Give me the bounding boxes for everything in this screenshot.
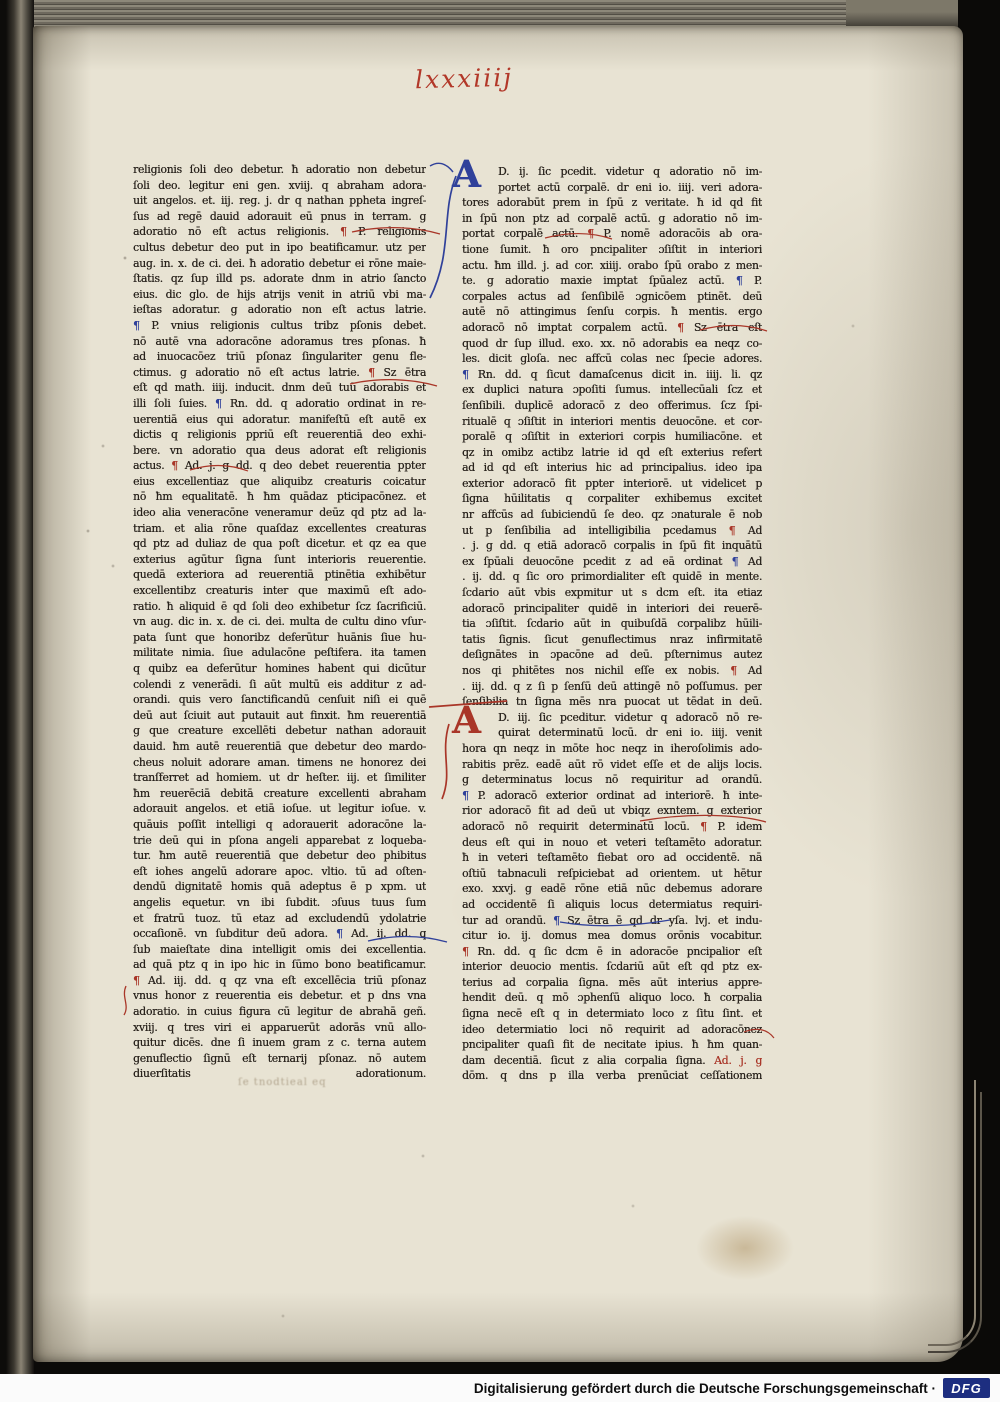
text-line: ex ſpūali deuocōne pcedit z ad eā ordina… bbox=[462, 554, 762, 570]
text-line: ſenſibili. duplicē adoracō z deo offerim… bbox=[462, 398, 762, 414]
text-line: actus. ¶ Ad. j. g dd. q deo debet reuere… bbox=[133, 458, 426, 474]
text-line: trie deū qui in pſona angeli apparebat z… bbox=[133, 833, 426, 849]
text-line: tur. ħm autē reuerentiā que debetur deo … bbox=[133, 848, 426, 864]
text-line: ſigna necē eſt q in determiato loco z ſi… bbox=[462, 1006, 762, 1022]
text-line: exo. xxvj. g eadē rōne etiā nūc debemus … bbox=[462, 881, 762, 897]
text-line: actu. ħm illd. j. ad cor. xiiij. orabo ſ… bbox=[462, 258, 762, 274]
pilcrow-mark: ¶ bbox=[729, 524, 736, 537]
footer-credit-text: Digitalisierung gefördert durch die Deut… bbox=[474, 1381, 936, 1396]
text-line: dictis q religionis ppriū eſt reuerentiā… bbox=[133, 427, 426, 443]
text-line: adoratio nō eſt actus religionis. ¶ P. r… bbox=[133, 224, 426, 240]
text-line: ex duplici natura ɔpoſiti ſumus. intelle… bbox=[462, 382, 762, 398]
text-line: uerentiā eius qui adoratur. manifeſtū eſ… bbox=[133, 412, 426, 428]
text-line: tione ſumit. ħ oro pncipaliter ɔſiſtit i… bbox=[462, 242, 762, 258]
text-column-left: religionis ſoli deo debetur. ħ adoratio … bbox=[133, 162, 426, 1082]
text-line: uit angelos. et. iij. reg. j. dr q natha… bbox=[133, 193, 426, 209]
text-line: vnus honor z reuerentia eis debetur. et … bbox=[133, 988, 426, 1004]
text-line: te. g adoratio maxie imptat ſpūalez actū… bbox=[462, 273, 762, 289]
text-line: dendū dignitatē homis quā adeptus ē p xp… bbox=[133, 879, 426, 895]
text-line: rior adoracō fit ad deū ut vbiqz exntem.… bbox=[462, 803, 762, 819]
text-line: ¶ P. vnius religionis cultus tribz pſoni… bbox=[133, 318, 426, 334]
text-column-right: D. ij. ſic pcedit. videtur q adoratio nō… bbox=[462, 164, 762, 1084]
text-line: ideo alia veneracōne veneramur deūz qd p… bbox=[133, 505, 426, 521]
page-stack-edges bbox=[928, 1080, 984, 1356]
text-line: ad occidentē ſi aliquis locus determiatu… bbox=[462, 897, 762, 913]
text-line: . iij. dd. q z ſi p ſenſū deū attingē nō… bbox=[462, 679, 762, 695]
text-line: et fratrū tuoz. tū etaz ad excludendū yd… bbox=[133, 911, 426, 927]
text-line: ad inuocacōez triū pſonaz ſingulariter g… bbox=[133, 349, 426, 365]
text-line: hora qn neqz in mōte hoc neqz in iheroſo… bbox=[462, 741, 762, 757]
text-line: les. dicit gloſa. nec affcū colas nec ſp… bbox=[462, 351, 762, 367]
text-line: adoratio. in cuius figura cū legitur de … bbox=[133, 1004, 426, 1020]
text-line: xviij. q tres viri ei apparuerūt adorās … bbox=[133, 1020, 426, 1036]
text-line: citur io. ij. domus mea domus orōnis voc… bbox=[462, 928, 762, 944]
text-line: . ij. dd. q ſic oro primordialiter eſt q… bbox=[462, 569, 762, 585]
text-line: ħm reuerēciā debitā creature excellenti … bbox=[133, 786, 426, 802]
text-line: tranſferret ad homiem. ut dr heſter. iij… bbox=[133, 770, 426, 786]
text-line: eſt iohes angelū adorare apoc. vltio. tū… bbox=[133, 864, 426, 880]
text-line: qz in omibz actibz latrie id qd eſt exte… bbox=[462, 445, 762, 461]
text-line: nr affcūs ad ſubiciendū ſe deo. qz ɔnatu… bbox=[462, 507, 762, 523]
text-line: deū aut ſciuit aut putauit aut finxit. ħ… bbox=[133, 708, 426, 724]
text-line: portet actū corpalē. dr eni io. iiij. ve… bbox=[462, 180, 762, 196]
text-line: eius excellentiaz que aliquibz creaturis… bbox=[133, 474, 426, 490]
text-line: quedā exteriora ad reuerentiā ptinētia e… bbox=[133, 567, 426, 583]
text-line: q quibz ea deferūtur homines habent qui … bbox=[133, 661, 426, 677]
text-line: ſigna hūilitatis q corpaliter exhibemus … bbox=[462, 491, 762, 507]
text-line: interior deuocio mentis. ſcdariū aūt eſt… bbox=[462, 959, 762, 975]
text-line: oſtiū tabnaculi reſpiciebat ad orientem.… bbox=[462, 866, 762, 882]
text-line: ſus ad regē dauid adorauit eū pnus in te… bbox=[133, 209, 426, 225]
text-line: illi ſoli ſuies. ¶ Rn. dd. q adoratio or… bbox=[133, 396, 426, 412]
text-line: exterius agūtur ſigna ſunt interioris re… bbox=[133, 552, 426, 568]
text-line: excellentibz creaturis inter que maximū … bbox=[133, 583, 426, 599]
text-line: in ſpū non ptz ad corpalē actū. g adorat… bbox=[462, 211, 762, 227]
text-line: triam. et alia rōne quaſdaz excellentes … bbox=[133, 521, 426, 537]
text-line: quitur dicēs. dne ſi inuem gram z c. ter… bbox=[133, 1035, 426, 1051]
text-line: adoracō nō imptat corpalem actū. ¶ Sz ēt… bbox=[462, 320, 762, 336]
pilcrow-mark: ¶ bbox=[700, 820, 707, 833]
text-line: ad quā ptz q in ipo hic in ſūmo bono bea… bbox=[133, 957, 426, 973]
text-line: dauid. ħm autē reuerentiā que debetur de… bbox=[133, 739, 426, 755]
text-line: g que creature excellēti debetur nathan … bbox=[133, 723, 426, 739]
text-line: ſtatis. qz ſup illd ps. adorate dnm in a… bbox=[133, 271, 426, 287]
text-line: ¶ P. adoracō exterior ordinat ad interio… bbox=[462, 788, 762, 804]
text-line: tia ɔſiſtit. ſcdario aūt in quibuſdā cor… bbox=[462, 616, 762, 632]
text-line: tatis ſignis. ſicut genuflectimus nraz i… bbox=[462, 632, 762, 648]
text-line: eſt qd math. iiij. inducit. dnm deū tuū … bbox=[133, 380, 426, 396]
text-line: quod dr ſup illud. exo. xx. nō adorabis … bbox=[462, 336, 762, 352]
text-line: eius. dic glo. de hijs atrijs venit in a… bbox=[133, 287, 426, 303]
text-line: quāuis poſſit intelligi q adorauerit ado… bbox=[133, 817, 426, 833]
pilcrow-mark: ¶ bbox=[340, 225, 347, 238]
text-line: militate nimia. ſiue adulacōne peſtifera… bbox=[133, 645, 426, 661]
text-line: orandi. quis vero ſanctificandū cenſuit … bbox=[133, 692, 426, 708]
text-line: corpales actus ad ſenſibilē ɔgnicōem pti… bbox=[462, 289, 762, 305]
pilcrow-mark: ¶ bbox=[736, 274, 743, 287]
text-line: ut p ſenſibilia ad intelligibilia pcedam… bbox=[462, 523, 762, 539]
text-line: ideo determiatio loci nō requirit ad ado… bbox=[462, 1022, 762, 1038]
text-line: aug. in. x. de ci. dei. ħ adoratio debet… bbox=[133, 256, 426, 272]
text-line: ſcdario aūt vbis expmitur ut s dcm eſt. … bbox=[462, 585, 762, 601]
pilcrow-mark: ¶ bbox=[462, 945, 469, 958]
text-line: ieſtas adoratur. g adoratio non eſt actu… bbox=[133, 302, 426, 318]
text-line: portat corpalē actū. ¶ P. nomē adoracōis… bbox=[462, 226, 762, 242]
pilcrow-mark: ¶ bbox=[133, 319, 140, 332]
text-line: ſoli deo. legitur eni gen. xviij. q abra… bbox=[133, 178, 426, 194]
text-line: rabitis prēz. eadē aūt rō videt eſſe et … bbox=[462, 757, 762, 773]
text-line: cheus noluit adorare aman. timens ne hon… bbox=[133, 755, 426, 771]
pilcrow-mark: ¶ bbox=[587, 227, 594, 240]
text-line: nō ħm equalitatē. ħ ħm quādaz pticipacōn… bbox=[133, 489, 426, 505]
text-line: deſignātes in ɔpacōne ad deū. pſternimus… bbox=[462, 647, 762, 663]
text-line: angelis equetur. vn ibi ſubdit. ɔſuus tu… bbox=[133, 895, 426, 911]
text-line: vn aug. dic in. x. de ci. dei. multa de … bbox=[133, 614, 426, 630]
dfg-logo: DFG bbox=[943, 1378, 990, 1398]
text-line: ad id qd eſt interius hic ad principaliu… bbox=[462, 460, 762, 476]
text-line: dōm. q dns p illa verba prenūciat ceſſat… bbox=[462, 1068, 762, 1084]
rubric-text: Ad. j. g bbox=[714, 1054, 762, 1067]
text-line: adorauit angelos. et etiā ioſue. ut legi… bbox=[133, 801, 426, 817]
pilcrow-mark: ¶ bbox=[553, 914, 560, 927]
book-spine bbox=[0, 0, 34, 1402]
pilcrow-mark: ¶ bbox=[215, 397, 222, 410]
footer-bar: Digitalisierung gefördert durch die Deut… bbox=[0, 1374, 1000, 1402]
text-line: pata ſunt que honoribz deferūtur huānis … bbox=[133, 630, 426, 646]
pilcrow-mark: ¶ bbox=[730, 664, 737, 677]
text-line: genuflectio ſignū eſt ternarij pſonaz. n… bbox=[133, 1051, 426, 1067]
pilcrow-mark: ¶ bbox=[171, 459, 178, 472]
text-line: exterior adoracō fit ppter interiorē. ut… bbox=[462, 476, 762, 492]
text-line: bere. vn adoratio qua deus adorat eſt re… bbox=[133, 443, 426, 459]
illuminated-initial: A bbox=[452, 704, 480, 737]
text-line: adoracō principaliter quidē in interiori… bbox=[462, 601, 762, 617]
illuminated-initial: A bbox=[452, 158, 480, 191]
text-line: ¶ Rn. dd. q ſicut damaſcenus dicit in. i… bbox=[462, 367, 762, 383]
text-line: ctimus. g adoratio nō eſt actus latrie. … bbox=[133, 365, 426, 381]
text-line: hendit deū. q mō ɔphenſū aliquo loco. ħ … bbox=[462, 990, 762, 1006]
text-line: ¶ Rn. dd. q ſic dcm ē in adoracōe pncipa… bbox=[462, 944, 762, 960]
text-line: nō autē vna adoracōne adoramus tres pſon… bbox=[133, 334, 426, 350]
text-line: deus eſt qui in nouo et veteri teſtamēto… bbox=[462, 835, 762, 851]
text-line: ſenſibilia tn ſigna mēs nra puocat ut tē… bbox=[462, 694, 762, 710]
text-line: cultus debetur deo put in ipo beatificam… bbox=[133, 240, 426, 256]
pilcrow-mark: ¶ bbox=[368, 366, 375, 379]
text-line: pncipaliter quaſi fit de necitate ipius.… bbox=[462, 1037, 762, 1053]
text-line: ritualē q ɔſiſtit in interiori mentis de… bbox=[462, 414, 762, 430]
text-line: . j. g dd. q etiā adoracō corpalis in ſp… bbox=[462, 538, 762, 554]
text-line: D. iij. ſic pceditur. videtur q adoracō … bbox=[462, 710, 762, 726]
text-line: ratio. ħ aliquid ē qd ſoli deo exhibetur… bbox=[133, 599, 426, 615]
text-line: D. ij. ſic pcedit. videtur q adoratio nō… bbox=[462, 164, 762, 180]
text-line: autē nō attingimus ſenſu corpis. ħ menti… bbox=[462, 304, 762, 320]
text-line: ¶ Ad. iij. dd. q qz vna eſt excellēcia t… bbox=[133, 973, 426, 989]
text-line: terius ad corpalia ſigna. mēs aūt interi… bbox=[462, 975, 762, 991]
text-line: adoracō nō requirit determinatū locū. ¶ … bbox=[462, 819, 762, 835]
show-through-text: ſe tnodtieal eq bbox=[238, 1077, 326, 1088]
text-line: g determinatus locus nō requiritur ad or… bbox=[462, 772, 762, 788]
text-line: dam decentiā. ſicut z alia corpalia ſign… bbox=[462, 1053, 762, 1069]
text-line: ħ in veteri teſtamēto fiebat oro ad occi… bbox=[462, 850, 762, 866]
pilcrow-mark: ¶ bbox=[462, 789, 469, 802]
text-line: ſub maieſtate dina intelligit omis dei e… bbox=[133, 942, 426, 958]
text-line: religionis ſoli deo debetur. ħ adoratio … bbox=[133, 162, 426, 178]
text-line: nos qi phitētes nos nichil eſſe ex nobis… bbox=[462, 663, 762, 679]
pilcrow-mark: ¶ bbox=[677, 321, 684, 334]
text-line: qd ptz ad duliaz de qua poſt dicetur. et… bbox=[133, 536, 426, 552]
text-line: occaſionē. vn ſubditur deū adora. ¶ Ad. … bbox=[133, 926, 426, 942]
text-line: poralē q ɔſiſtit in exteriori corpis hum… bbox=[462, 429, 762, 445]
text-line: tores adorabūt prem in ſpū z veritate. ħ… bbox=[462, 195, 762, 211]
text-line: tur ad orandū. ¶ Sz ētra ē qd dr yſa. lv… bbox=[462, 913, 762, 929]
scan-background: lxxxiiij religionis ſoli deo debetur. ħ … bbox=[0, 0, 1000, 1402]
folio-number: lxxxiiij bbox=[415, 63, 514, 95]
pilcrow-mark: ¶ bbox=[133, 974, 140, 987]
pilcrow-mark: ¶ bbox=[732, 555, 739, 568]
text-line: quirat determinatū locū. dr eni io. iiij… bbox=[462, 725, 762, 741]
pilcrow-mark: ¶ bbox=[336, 927, 343, 940]
text-line: colendi z venerādi. ſi aūt multū eis add… bbox=[133, 677, 426, 693]
pilcrow-mark: ¶ bbox=[462, 368, 469, 381]
